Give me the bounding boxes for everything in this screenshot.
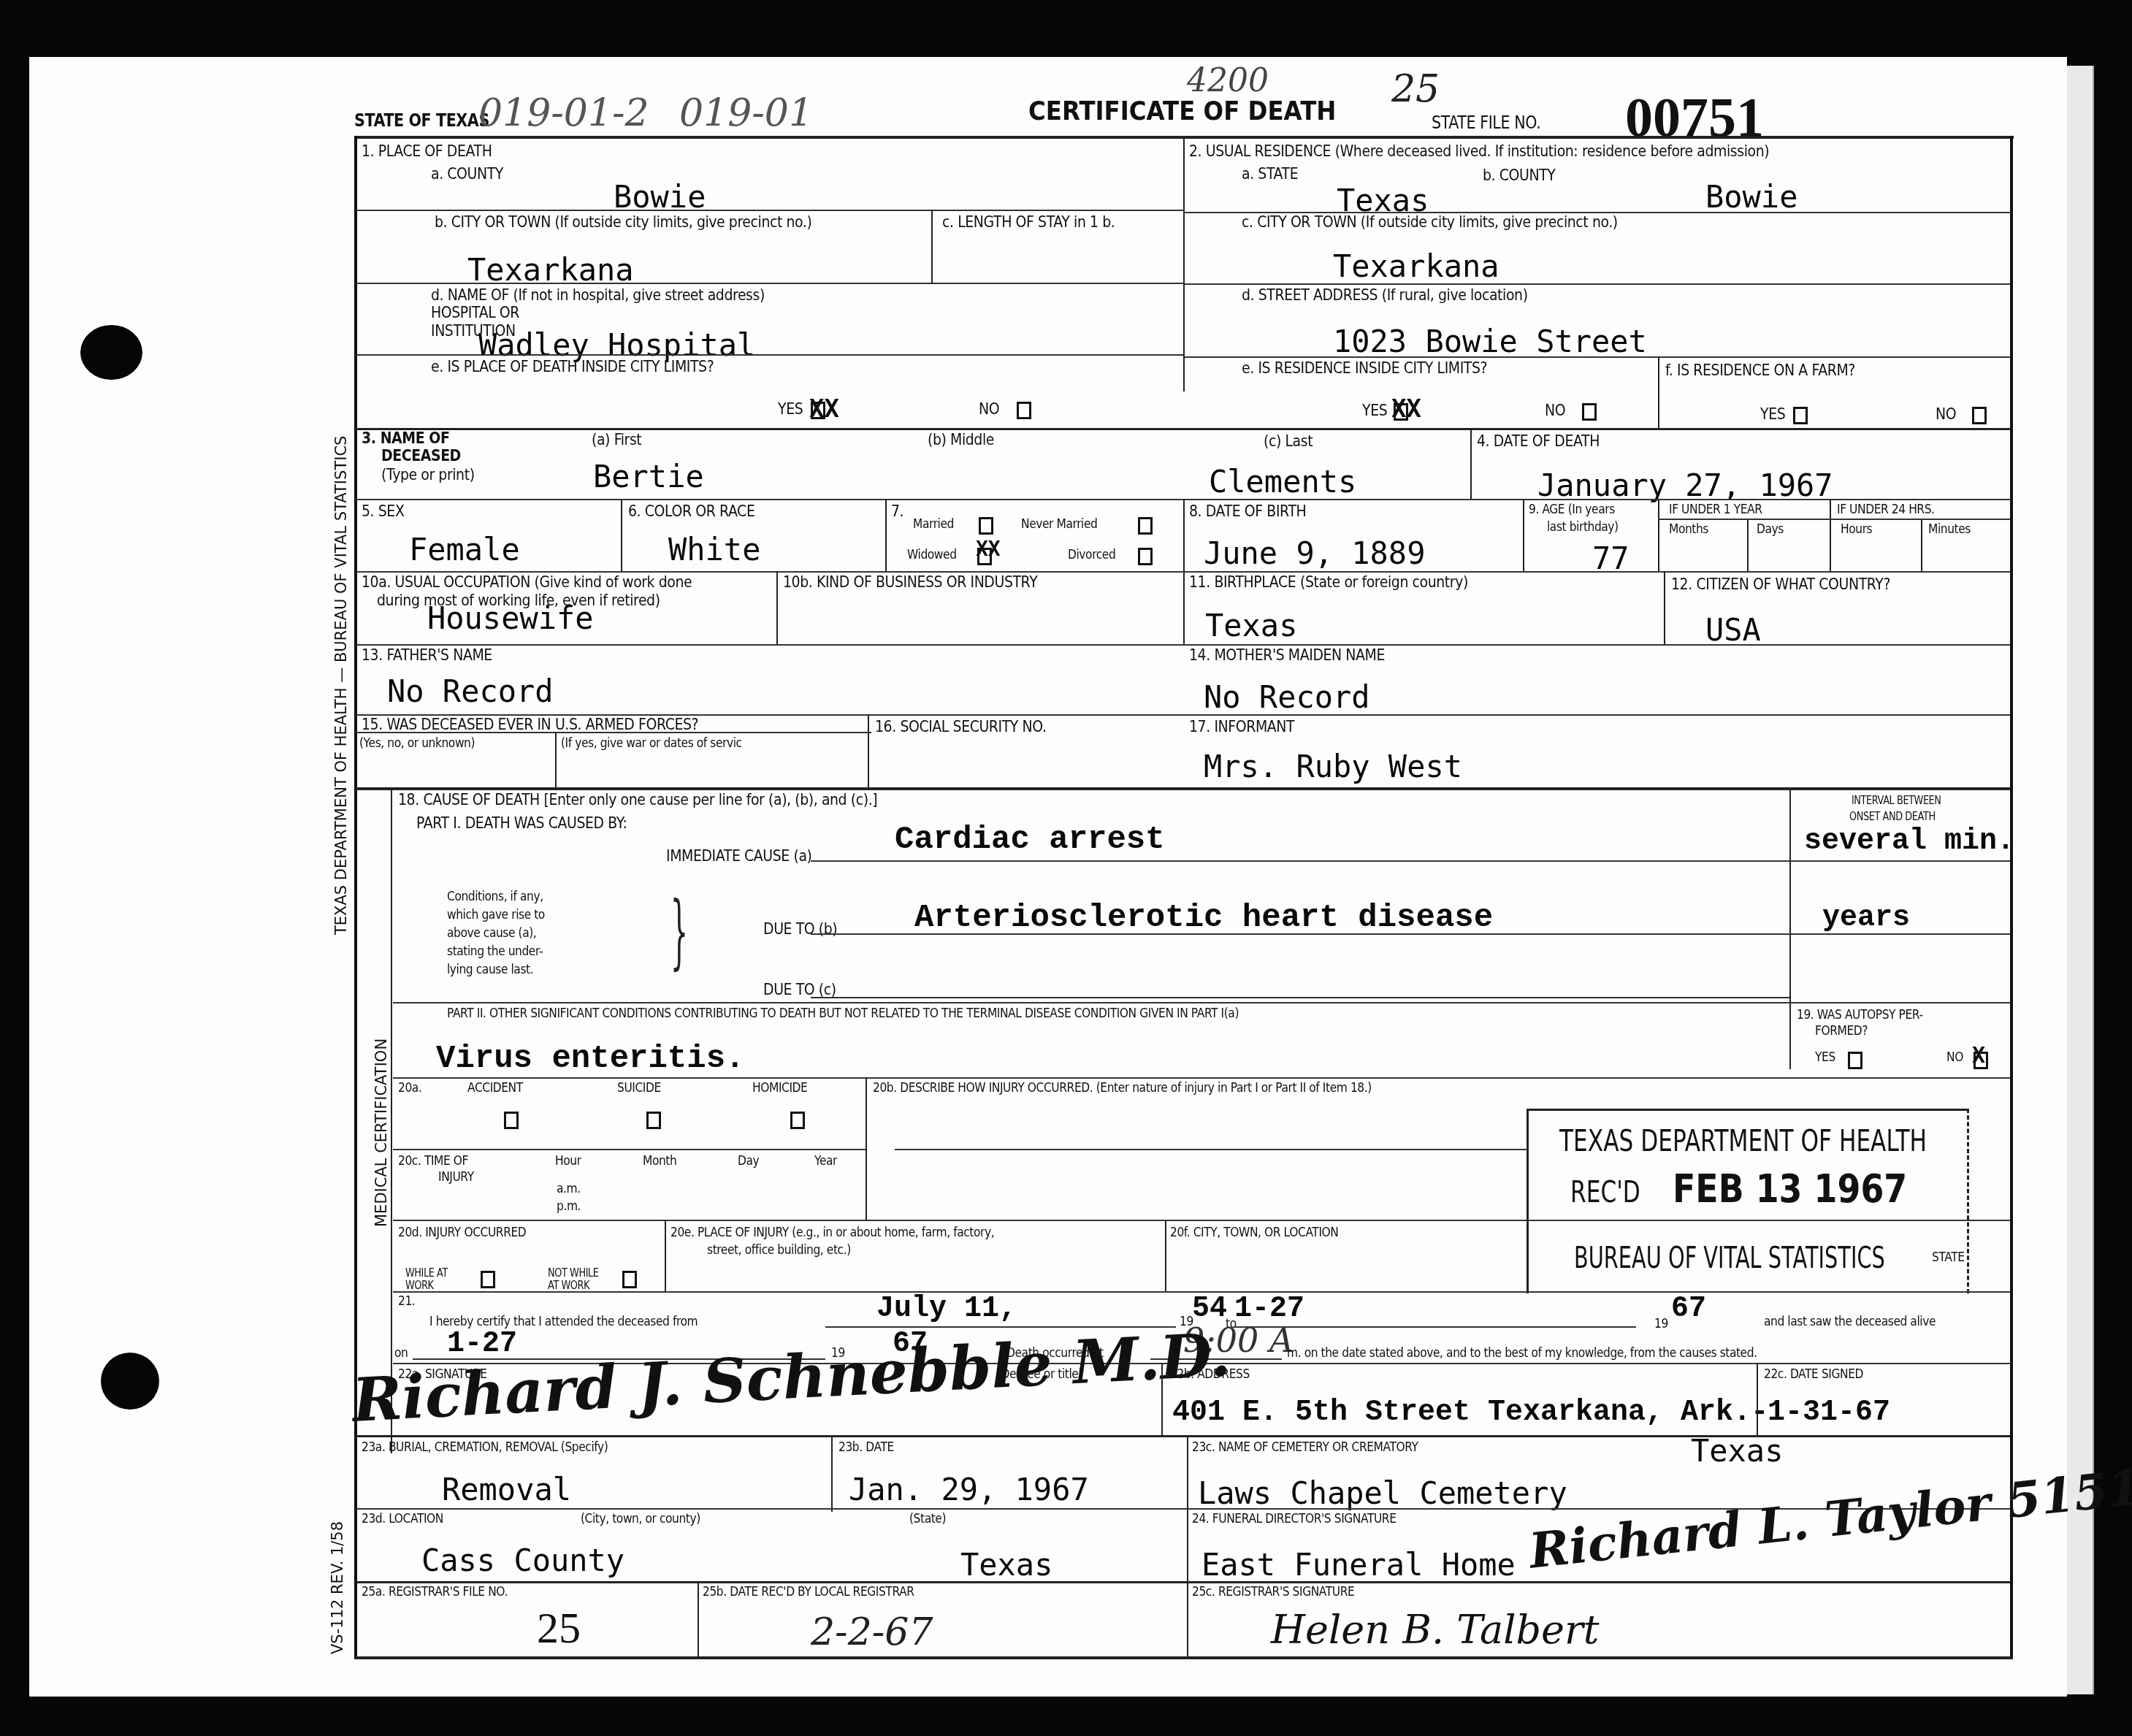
res-street-value: 1023 Bowie Street — [1333, 324, 1647, 359]
informant-label: 17. INFORMANT — [1189, 718, 1294, 736]
rule — [356, 732, 871, 733]
handwritten-top-2: 25 — [1391, 67, 1440, 111]
rule — [811, 997, 1789, 998]
length-of-stay-label: c. LENGTH OF STAY in 1 b. — [942, 213, 1115, 232]
business-label: 10b. KIND OF BUSINESS OR INDUSTRY — [783, 573, 1037, 592]
death-inside-no-checkbox[interactable] — [1017, 402, 1031, 419]
rule — [1185, 356, 2010, 358]
rule — [1757, 1363, 1758, 1436]
cert-year-prefix-2: 19 — [1654, 1317, 1668, 1332]
date-signed-value: 1-31-67 — [1768, 1396, 1890, 1429]
widowed-label: Widowed — [907, 548, 957, 563]
age-label-2: last birthday) — [1547, 520, 1619, 535]
immediate-cause-value: Cardiac arrest — [895, 822, 1165, 858]
last-name-label: (c) Last — [1264, 432, 1313, 451]
label-20b: 20b. DESCRIBE HOW INJURY OCCURRED. (Ente… — [873, 1081, 1372, 1096]
name-label-3: (Type or print) — [381, 466, 475, 484]
age-label-1: 9. AGE (In years — [1529, 502, 1615, 518]
hour-label: Hour — [555, 1154, 581, 1169]
mother-label: 14. MOTHER'S MAIDEN NAME — [1189, 646, 1385, 665]
res-farm-no-label: NO — [1936, 405, 1956, 424]
minutes-label: Minutes — [1928, 522, 1971, 538]
rule — [698, 1581, 699, 1658]
place-of-death-label: 1. PLACE OF DEATH — [362, 142, 492, 161]
res-county-label: b. COUNTY — [1483, 167, 1555, 185]
cemetery-value: Laws Chapel Cemetery — [1198, 1475, 1567, 1511]
divorced-checkbox[interactable] — [1138, 548, 1153, 565]
date-of-death-value: January 27, 1967 — [1537, 467, 1833, 503]
brace-icon: } — [670, 891, 689, 971]
rule — [885, 499, 887, 572]
form-number-side-text: VS-112 REV. 1/58 — [329, 1521, 346, 1654]
armed-forces-sub-1: (Yes, no, or unknown) — [359, 736, 475, 752]
label-20c: 20c. TIME OF — [398, 1154, 468, 1169]
punch-hole-top — [80, 325, 142, 380]
rule — [776, 571, 778, 644]
cemetery-label: 23c. NAME OF CEMETERY OR CREMATORY — [1192, 1440, 1418, 1456]
injury-state-label: STATE — [1932, 1250, 1965, 1266]
rule — [1658, 519, 2010, 520]
rule — [1921, 520, 1922, 571]
rule — [1789, 790, 1791, 1069]
pm-label: p.m. — [557, 1199, 581, 1215]
rule — [1830, 499, 1831, 572]
informant-value: Mrs. Ruby West — [1204, 749, 1462, 784]
am-label: a.m. — [557, 1182, 581, 1197]
interval-label-1: INTERVAL BETWEEN — [1852, 795, 1941, 807]
location-state-value: Texas — [960, 1547, 1052, 1583]
days-label: Days — [1757, 522, 1784, 538]
rule — [1234, 1326, 1636, 1328]
rule — [356, 428, 2010, 430]
res-farm-no-checkbox[interactable] — [1972, 407, 1987, 424]
cert-from-date: July 11, — [876, 1293, 1017, 1326]
due-to-b-label: DUE TO (b) — [763, 920, 837, 938]
rule — [1165, 1220, 1166, 1293]
under-1-year-label: IF UNDER 1 YEAR — [1669, 502, 1762, 518]
res-inside-no-checkbox[interactable] — [1582, 403, 1597, 421]
rule — [895, 1149, 1527, 1150]
divorced-label: Divorced — [1068, 548, 1115, 563]
part2-value: Virus enteritis. — [436, 1041, 744, 1077]
rule — [356, 354, 1183, 356]
immediate-cause-label: IMMEDIATE CAUSE (a) — [666, 847, 812, 865]
rule — [356, 787, 2010, 790]
rule — [811, 860, 1789, 862]
label-20a: 20a. — [398, 1081, 421, 1096]
res-inside-city-label: e. IS RESIDENCE INSIDE CITY LIMITS? — [1242, 359, 1487, 378]
death-inside-yes-label: YES — [778, 400, 803, 418]
not-while-at-work-checkbox[interactable] — [622, 1271, 637, 1288]
while-at-work-label: WHILE AT WORK — [405, 1267, 449, 1293]
handwritten-code-1: 019-01-2 — [478, 91, 649, 135]
label-20e-2: street, office building, etc.) — [707, 1243, 851, 1258]
hospital-label-1: d. NAME OF (If not in hospital, give str… — [431, 286, 765, 305]
armed-forces-sub-2: (If yes, give war or dates of servic — [561, 736, 742, 752]
occupation-label-1: 10a. USUAL OCCUPATION (Give kind of work… — [362, 573, 692, 592]
day-label: Day — [738, 1154, 759, 1169]
interval-label-2: ONSET AND DEATH — [1849, 811, 1936, 823]
accident-checkbox[interactable] — [504, 1112, 519, 1129]
conditions-note-0: Conditions, if any, — [447, 890, 543, 905]
rule — [1789, 933, 2010, 935]
birthplace-label: 11. BIRTHPLACE (State or foreign country… — [1189, 573, 1468, 592]
res-inside-yes-label: YES — [1362, 402, 1387, 420]
months-label: Months — [1669, 522, 1708, 538]
married-label: Married — [913, 517, 954, 532]
state-of-texas-label: STATE OF TEXAS — [354, 111, 489, 131]
conditions-note-4: lying cause last. — [447, 963, 533, 978]
res-county-value: Bowie — [1705, 179, 1797, 215]
race-value: White — [668, 532, 760, 567]
frame-right — [2010, 136, 2013, 1659]
burial-date-label: 23b. DATE — [838, 1440, 894, 1456]
address-value: 401 E. 5th Street Texarkana, Ark.- — [1172, 1396, 1768, 1429]
homicide-checkbox[interactable] — [790, 1112, 805, 1129]
registrar-signature-label: 25c. REGISTRAR'S SIGNATURE — [1192, 1585, 1354, 1600]
dob-label: 8. DATE OF BIRTH — [1189, 502, 1306, 521]
name-label-2: DECEASED — [381, 447, 461, 465]
autopsy-no-label: NO — [1946, 1050, 1963, 1066]
rule — [356, 644, 2010, 646]
res-farm-yes-checkbox[interactable] — [1793, 407, 1808, 424]
rule — [555, 732, 557, 790]
rule — [356, 1581, 2010, 1583]
inside-city-label: e. IS PLACE OF DEATH INSIDE CITY LIMITS? — [431, 358, 714, 376]
first-name-label: (a) First — [592, 431, 641, 449]
father-label: 13. FATHER'S NAME — [362, 646, 492, 665]
location-city-value: Cass County — [421, 1542, 624, 1578]
state-file-number: 00751 — [1625, 86, 1764, 150]
autopsy-label-2: FORMED? — [1815, 1024, 1868, 1039]
certificate-title: CERTIFICATE OF DEATH — [1028, 96, 1336, 126]
rule — [866, 1077, 867, 1220]
cert-text-3: m. on the date stated above, and to the … — [1287, 1346, 1757, 1361]
location-state-label: (State) — [909, 1512, 946, 1527]
rule — [1161, 1363, 1163, 1436]
frame-bottom — [354, 1656, 2013, 1659]
stamp-recd-label: REC'D — [1570, 1176, 1640, 1209]
rule — [356, 283, 1183, 284]
suicide-checkbox[interactable] — [646, 1112, 661, 1129]
rule — [356, 210, 1183, 211]
location-label: 23d. LOCATION — [362, 1512, 443, 1527]
registrar-signature: Helen B. Talbert — [1271, 1607, 1600, 1653]
rule — [831, 1435, 833, 1512]
suicide-label: SUICIDE — [617, 1081, 661, 1096]
res-inside-yes-mark: XX — [1391, 394, 1421, 424]
part1-label: PART I. DEATH WAS CAUSED BY: — [416, 814, 627, 833]
res-street-label: d. STREET ADDRESS (If rural, give locati… — [1242, 286, 1528, 305]
handwritten-top-1: 4200 — [1187, 62, 1269, 99]
homicide-label: HOMICIDE — [752, 1081, 807, 1096]
cert-on-label: on — [394, 1346, 408, 1361]
first-name-value: Bertie — [593, 459, 704, 494]
dob-value: June 9, 1889 — [1204, 535, 1425, 571]
registrar-file-label: 25a. REGISTRAR'S FILE NO. — [362, 1585, 508, 1600]
stamp-line3: BUREAU OF VITAL STATISTICS — [1574, 1242, 1885, 1275]
autopsy-no-mark: X — [1972, 1043, 1985, 1068]
last-name-value: Clements — [1209, 464, 1356, 500]
stamp-date: FEB 13 1967 — [1673, 1166, 1907, 1212]
stamp-line1: TEXAS DEPARTMENT OF HEALTH — [1559, 1125, 1927, 1158]
label-20d: 20d. INJURY OCCURRED — [398, 1225, 526, 1241]
res-state-label: a. STATE — [1242, 165, 1298, 183]
handwritten-code-2: 019-01 — [679, 91, 813, 135]
never-married-checkbox[interactable] — [1138, 517, 1153, 535]
date-signed-label: 22c. DATE SIGNED — [1764, 1367, 1863, 1383]
occupation-value: Housewife — [427, 600, 594, 636]
rule — [1658, 356, 1659, 429]
rule — [1523, 499, 1524, 572]
name-label-1: 3. NAME OF — [362, 429, 449, 448]
rule — [1664, 571, 1665, 644]
never-married-label: Never Married — [1021, 517, 1097, 532]
hospital-label-2: HOSPITAL OR — [431, 304, 519, 322]
rule — [1658, 499, 1659, 572]
res-city-value: Texarkana — [1333, 248, 1499, 284]
cert-to-year: 67 — [1671, 1293, 1706, 1326]
conditions-note-1: which gave rise to — [447, 908, 545, 923]
label-20e-1: 20e. PLACE OF INJURY (e.g., in or about … — [670, 1225, 994, 1241]
autopsy-yes-checkbox[interactable] — [1848, 1052, 1862, 1069]
death-inside-yes-mark: XX — [809, 394, 839, 424]
conditions-note-3: stating the under- — [447, 944, 543, 960]
cert-text-2: and last saw the deceased alive — [1764, 1315, 1936, 1330]
autopsy-label-1: 19. WAS AUTOPSY PER- — [1797, 1008, 1923, 1023]
ssn-label: 16. SOCIAL SECURITY NO. — [875, 718, 1047, 736]
registrar-file-value: 25 — [537, 1603, 581, 1653]
year-label: Year — [814, 1154, 837, 1169]
part2-label: PART II. OTHER SIGNIFICANT CONDITIONS CO… — [447, 1006, 1239, 1022]
rule — [1185, 283, 2010, 285]
cemetery-state-value: Texas — [1691, 1433, 1783, 1469]
due-to-b-value: Arteriosclerotic heart disease — [914, 900, 1493, 936]
interval-b-value: years — [1822, 902, 1910, 935]
marital-label: 7. — [891, 502, 903, 521]
month-label: Month — [643, 1154, 676, 1169]
punch-hole-bottom — [101, 1353, 159, 1410]
rule — [393, 1149, 866, 1150]
label-20c-2: INJURY — [438, 1170, 474, 1185]
rule — [1470, 429, 1472, 499]
rule — [393, 1002, 2010, 1003]
sex-label: 5. SEX — [362, 502, 404, 521]
death-inside-no-label: NO — [979, 400, 999, 418]
citizen-value: USA — [1705, 612, 1761, 648]
father-value: No Record — [387, 673, 554, 709]
address-label: 22b. ADDRESS — [1170, 1367, 1250, 1383]
rule — [621, 499, 622, 572]
interval-a-value: several min. — [1804, 825, 2014, 858]
middle-name-label: (b) Middle — [928, 431, 994, 449]
funeral-home-value: East Funeral Home — [1201, 1547, 1516, 1583]
medical-certification-side-text: MEDICAL CERTIFICATION — [372, 1039, 390, 1227]
res-farm-yes-label: YES — [1760, 405, 1785, 424]
rule — [1187, 1435, 1188, 1658]
rule — [1747, 520, 1749, 571]
cert-number: 21. — [398, 1294, 415, 1309]
burial-date-value: Jan. 29, 1967 — [849, 1472, 1089, 1507]
rule — [665, 1220, 666, 1293]
department-side-text: TEXAS DEPARTMENT OF HEALTH — BUREAU OF V… — [332, 436, 350, 935]
autopsy-yes-label: YES — [1815, 1050, 1835, 1066]
not-while-at-work-label: NOT WHILE AT WORK — [548, 1267, 601, 1293]
funeral-director-label: 24. FUNERAL DIRECTOR'S SIGNATURE — [1192, 1512, 1397, 1527]
usual-residence-label: 2. USUAL RESIDENCE (Where deceased lived… — [1189, 142, 1769, 161]
received-stamp: TEXAS DEPARTMENT OF HEALTH REC'D FEB 13 … — [1527, 1095, 1979, 1329]
conditions-note-2: above cause (a), — [447, 926, 536, 941]
rule — [931, 210, 933, 283]
while-at-work-checkbox[interactable] — [481, 1271, 495, 1288]
married-checkbox[interactable] — [979, 517, 993, 535]
state-file-label: STATE FILE NO. — [1432, 113, 1540, 134]
rule — [868, 714, 869, 787]
race-label: 6. COLOR OR RACE — [628, 502, 754, 521]
birthplace-value: Texas — [1205, 608, 1297, 643]
burial-value: Removal — [442, 1472, 571, 1507]
date-recd-label: 25b. DATE REC'D BY LOCAL REGISTRAR — [703, 1585, 914, 1600]
rule — [1789, 860, 2010, 862]
date-recd-value: 2-2-67 — [811, 1610, 933, 1654]
death-city-label: b. CITY OR TOWN (If outside city limits,… — [435, 213, 811, 232]
res-city-label: c. CITY OR TOWN (If outside city limits,… — [1242, 213, 1618, 232]
accident-label: ACCIDENT — [467, 1081, 523, 1096]
res-farm-label: f. IS RESIDENCE ON A FARM? — [1665, 362, 1855, 380]
mother-value: No Record — [1204, 679, 1370, 715]
cause-section-label: 18. CAUSE OF DEATH [Enter only one cause… — [398, 791, 877, 809]
rule — [356, 571, 2010, 573]
under-24-hrs-label: IF UNDER 24 HRS. — [1837, 502, 1935, 518]
medical-cert-divider — [391, 787, 392, 1453]
rule — [393, 1077, 2010, 1079]
rule — [811, 933, 1789, 935]
cert-last-seen-date: 1-27 — [447, 1328, 517, 1361]
hours-label: Hours — [1841, 522, 1872, 538]
location-city-label: (City, town, or county) — [581, 1512, 700, 1527]
date-of-death-label: 4. DATE OF DEATH — [1477, 432, 1600, 451]
divider-1-2 — [1183, 136, 1185, 391]
widowed-mark: XX — [976, 537, 1001, 561]
sex-value: Female — [409, 532, 520, 567]
res-inside-no-label: NO — [1545, 402, 1565, 420]
county-label: a. COUNTY — [431, 165, 503, 183]
citizen-label: 12. CITIZEN OF WHAT COUNTRY? — [1671, 576, 1890, 594]
label-20f: 20f. CITY, TOWN, OR LOCATION — [1170, 1225, 1338, 1241]
burial-label: 23a. BURIAL, CREMATION, REMOVAL (Specify… — [362, 1440, 608, 1456]
